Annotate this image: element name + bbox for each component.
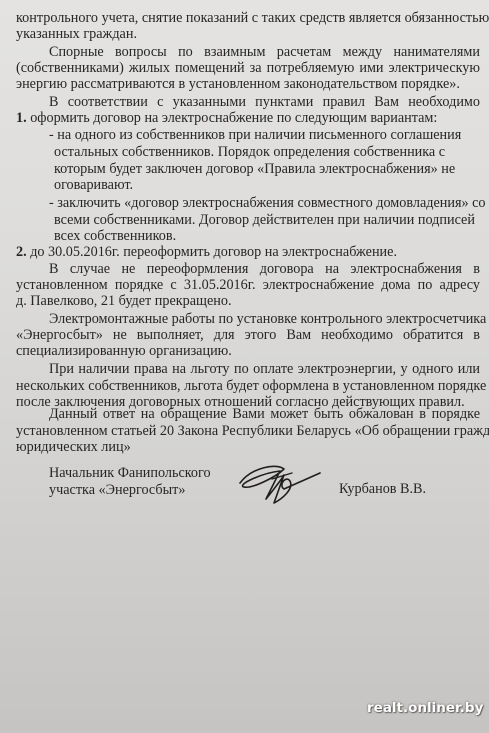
document-line: всеми собственниками. Договор действител…: [54, 212, 475, 228]
document-line: всех собственников.: [54, 228, 176, 244]
line-text: указанных граждан.: [16, 26, 137, 42]
line-text: - на одного из собственников при наличии…: [49, 127, 461, 143]
document-line: «Энергосбыт» не выполняет, для этого Вам…: [16, 327, 480, 343]
document-line: 1. оформить договор на электроснабжение …: [16, 110, 437, 126]
document-line: Данный ответ на обращение Вами может быт…: [49, 406, 480, 422]
line-text: нескольких собственников, льгота будет о…: [16, 378, 486, 394]
line-text: «Энергосбыт» не выполняет, для этого Вам…: [16, 327, 480, 343]
document-line: Электромонтажные работы по установке кон…: [49, 311, 480, 327]
document-line: установленном статьей 20 Закона Республи…: [16, 423, 480, 439]
line-text: специализированную организацию.: [16, 343, 232, 359]
document-line: юридических лиц»: [16, 439, 131, 455]
document-line: Спорные вопросы по взаимным расчетам меж…: [49, 44, 480, 60]
line-text: всеми собственниками. Договор действител…: [54, 212, 475, 228]
document-line: - заключить «договор электроснабжения со…: [49, 195, 486, 211]
watermark: realt.onliner.by: [367, 700, 483, 716]
document-line: специализированную организацию.: [16, 343, 232, 359]
line-text: до 30.05.2016г. переоформить договор на …: [27, 244, 397, 260]
line-text: Спорные вопросы по взаимным расчетам меж…: [49, 44, 480, 60]
line-text: При наличии права на льготу по оплате эл…: [49, 361, 480, 377]
line-text: оформить договор на электроснабжение по …: [27, 110, 438, 126]
line-text: остальных собственников. Порядок определ…: [54, 144, 445, 160]
line-text: (собственниками) жилых помещений за потр…: [16, 60, 480, 76]
document-line: энергию рассматриваются в установленном …: [16, 76, 460, 92]
document-line: - на одного из собственников при наличии…: [49, 127, 461, 143]
document-line: В соответствии с указанными пунктами пра…: [49, 94, 480, 110]
signer-name: Курбанов В.В.: [339, 481, 426, 497]
line-text: всех собственников.: [54, 228, 176, 244]
line-text: д. Павелково, 21 будет прекращено.: [16, 293, 232, 309]
signer-position-line2: участка «Энергосбыт»: [49, 482, 185, 498]
document-line: которым будет заключен договор «Правила …: [54, 161, 455, 177]
document-line: При наличии права на льготу по оплате эл…: [49, 361, 480, 377]
document-line: 2. до 30.05.2016г. переоформить договор …: [16, 244, 397, 260]
document-line: оговаривают.: [54, 177, 133, 193]
line-text: оговаривают.: [54, 177, 133, 193]
line-text: установленном статьей 20 Закона Республи…: [16, 423, 489, 439]
document-line: указанных граждан.: [16, 26, 137, 42]
line-text: - заключить «договор электроснабжения со…: [49, 195, 486, 211]
line-text: В соответствии с указанными пунктами пра…: [49, 94, 480, 110]
signer-position-line1: Начальник Фанипольского: [49, 465, 211, 481]
document-line: установленном порядке с 31.05.2016г. эле…: [16, 277, 480, 293]
document-line: остальных собственников. Порядок определ…: [54, 144, 445, 160]
list-number: 2.: [16, 244, 27, 260]
document-line: контрольного учета, снятие показаний с т…: [16, 10, 480, 26]
list-number: 1.: [16, 110, 27, 126]
line-text: Данный ответ на обращение Вами может быт…: [49, 406, 480, 422]
document-line: д. Павелково, 21 будет прекращено.: [16, 293, 232, 309]
document-line: В случае не переоформления договора на э…: [49, 261, 480, 277]
line-text: контрольного учета, снятие показаний с т…: [16, 10, 489, 26]
handwritten-signature-icon: [232, 459, 332, 509]
line-text: энергию рассматриваются в установленном …: [16, 76, 460, 92]
line-text: установленном порядке с 31.05.2016г. эле…: [16, 277, 480, 293]
line-text: Электромонтажные работы по установке кон…: [49, 311, 486, 327]
document-line: нескольких собственников, льгота будет о…: [16, 378, 480, 394]
document-line: (собственниками) жилых помещений за потр…: [16, 60, 480, 76]
line-text: В случае не переоформления договора на э…: [49, 261, 480, 277]
line-text: юридических лиц»: [16, 439, 131, 455]
line-text: которым будет заключен договор «Правила …: [54, 161, 455, 177]
